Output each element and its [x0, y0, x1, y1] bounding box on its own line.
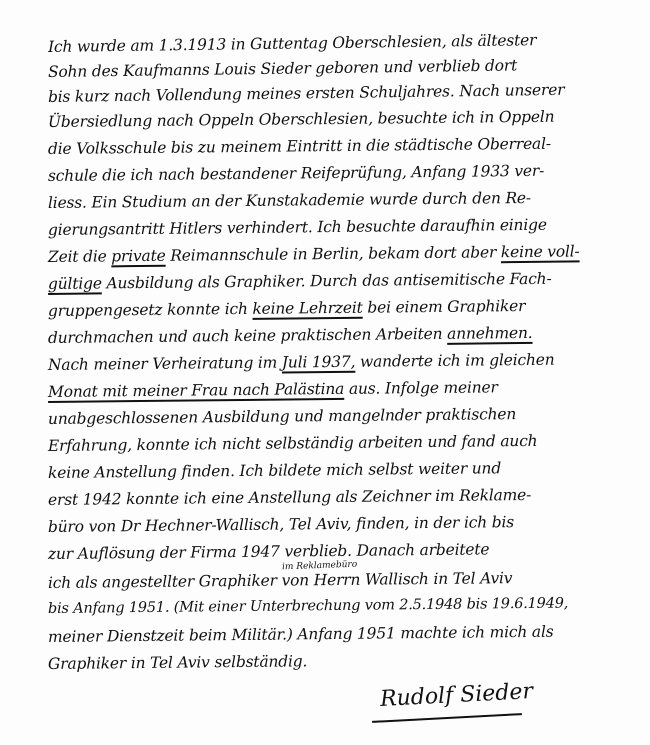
letter-line-24: Graphiker in Tel Aviv selbständig.	[48, 652, 307, 673]
letter-line-4: Übersiedlung nach Oppeln Oberschlesien, …	[48, 108, 555, 131]
underlined-monat-palaestina: Monat mit meiner Frau nach Palästina	[48, 380, 344, 401]
letter-line-14: Monat mit meiner Frau nach Palästina aus…	[48, 378, 498, 401]
letter-line-12: durchmachen und auch keine praktischen A…	[48, 324, 533, 347]
letter-line-17: keine Anstellung finden. Ich bildete mic…	[48, 459, 501, 482]
letter-line-10: gültige Ausbildung als Graphiker. Durch …	[48, 270, 552, 293]
letter-line-15: unabgeschlossenen Ausbildung und mangeln…	[48, 405, 516, 428]
letter-line-18: erst 1942 konnte ich eine Anstellung als…	[48, 486, 531, 509]
line-14-rest: aus. Infolge meiner	[344, 378, 498, 398]
line-9-part-a: Zeit die	[48, 247, 111, 266]
letter-line-5: die Volksschule bis zu meinem Eintritt i…	[48, 135, 551, 158]
letter-line-23: meiner Dienstzeit beim Militär.) Anfang …	[48, 623, 554, 646]
letter-line-8: gierungsantritt Hitlers verhindert. Ich …	[48, 216, 547, 239]
letter-line-16: Erfahrung, konnte ich nicht selbständig …	[48, 432, 538, 455]
line-13-part-b: wanderte ich im gleichen	[355, 351, 554, 371]
underlined-keine-lehrzeit: keine Lehrzeit	[252, 299, 362, 318]
underlined-private: private	[111, 247, 165, 266]
letter-line-20: zur Auflösung der Firma 1947 verblieb. D…	[48, 540, 490, 563]
handwritten-letter-page: Ich wurde am 1.3.1913 in Guttentag Obers…	[0, 0, 650, 745]
letter-line-6: schule die ich nach bestandener Reifeprü…	[48, 162, 544, 185]
line-11-part-b: bei einem Graphiker	[363, 297, 526, 317]
line-12-part-a: durchmachen und auch keine praktischen A…	[48, 325, 447, 347]
underlined-keine-voll: keine voll-	[501, 242, 580, 261]
letter-line-19: büro von Dr Hechner-Wallisch, Tel Aviv, …	[48, 513, 514, 536]
underlined-gueltige: gültige	[48, 274, 102, 293]
letter-line-11: gruppengesetz konnte ich keine Lehrzeit …	[48, 297, 525, 320]
line-11-part-a: gruppengesetz konnte ich	[48, 300, 253, 320]
letter-line-13: Nach meiner Verheiratung im Juli 1937, w…	[48, 351, 555, 374]
underlined-annehmen: annehmen.	[447, 324, 533, 343]
letter-line-1: Ich wurde am 1.3.1913 in Guttentag Obers…	[48, 31, 537, 56]
letter-line-2: Sohn des Kaufmanns Louis Sieder geboren …	[48, 56, 517, 81]
underlined-juli-1937: Juli 1937,	[282, 353, 356, 372]
line-9-part-b: Reimannschule in Berlin, bekam dort aber	[165, 243, 500, 265]
letter-line-22: bis Anfang 1951. (Mit einer Unterbrechun…	[48, 596, 568, 617]
signature: Rudolf Sieder	[379, 679, 533, 712]
letter-line-21: ich als angestellter Graphiker von Herrn…	[48, 569, 512, 592]
letter-line-9: Zeit die private Reimannschule in Berlin…	[48, 242, 580, 266]
letter-line-3: bis kurz nach Vollendung meines ersten S…	[48, 81, 565, 106]
line-10-rest: Ausbildung als Graphiker. Durch das anti…	[102, 270, 552, 293]
line-13-part-a: Nach meiner Verheiratung im	[48, 354, 282, 374]
letter-line-7: liess. Ein Studium an der Kunstakademie …	[48, 189, 531, 212]
signature-underline	[372, 713, 522, 723]
